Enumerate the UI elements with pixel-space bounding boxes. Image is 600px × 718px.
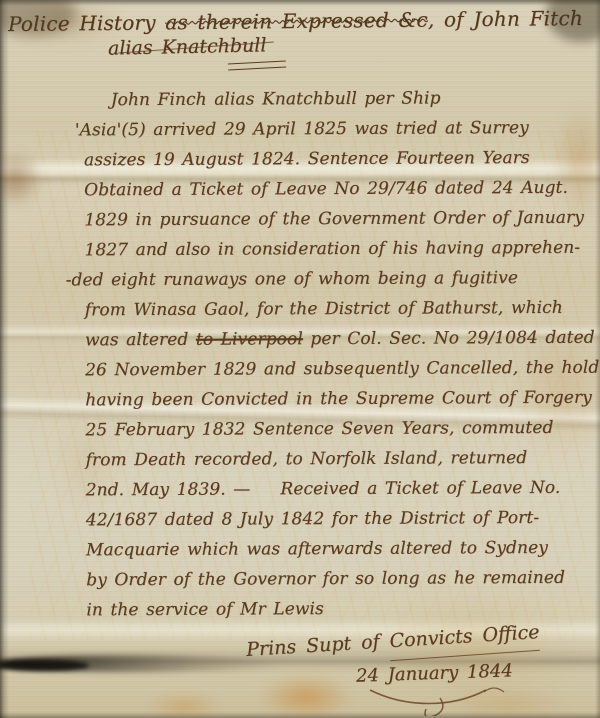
- scan-edge-shadow-top: [0, 0, 600, 6]
- manuscript-line: Obtained a Ticket of Leave No 29/746 dat…: [84, 173, 589, 206]
- struck-text: to Liverpool: [196, 329, 303, 350]
- signature-flourish: [356, 682, 536, 716]
- scanned-document-page: Police History as therein Expressed &c, …: [0, 0, 600, 718]
- manuscript-line-with-strikeout: was altered to Liverpool per Col. Sec. N…: [85, 323, 590, 356]
- manuscript-line: Macquarie which was afterwards altered t…: [86, 533, 591, 566]
- manuscript-body: John Finch alias Knatchbull per Ship 'As…: [84, 83, 592, 626]
- heading-struck-text: as therein Expressed &c: [165, 8, 428, 35]
- manuscript-line: from Winasa Gaol, for the District of Ba…: [85, 293, 590, 326]
- manuscript-line: 26 November 1829 and subsequently Cancel…: [85, 353, 590, 386]
- manuscript-line: -ded eight runaways one of whom being a …: [66, 263, 590, 296]
- line-text: per Col. Sec. No 29/1084 dated: [303, 328, 595, 350]
- line-text: was altered: [85, 330, 196, 351]
- scan-edge-shadow-bottom: [0, 712, 600, 718]
- manuscript-line: in the service of Mr Lewis: [86, 593, 591, 626]
- manuscript-line: 25 February 1832 Sentence Seven Years, c…: [85, 413, 590, 446]
- scan-edge-shadow-left: [0, 0, 9, 718]
- manuscript-line: by Order of the Governor for so long as …: [86, 563, 591, 596]
- manuscript-line: 1829 in pursuance of the Government Orde…: [84, 203, 589, 236]
- manuscript-line: having been Convicted in the Supreme Cou…: [85, 383, 590, 416]
- manuscript-line: 42/1687 dated 8 July 1842 for the Distri…: [86, 503, 591, 536]
- manuscript-line: assizes 19 August 1824. Sentence Fourtee…: [84, 143, 589, 176]
- manuscript-line: 2nd. May 1839. — Received a Ticket of Le…: [86, 473, 591, 506]
- manuscript-line: from Death recorded, to Norfolk Island, …: [85, 443, 590, 476]
- manuscript-line: 1827 and also in consideration of his ha…: [84, 233, 589, 266]
- scan-edge-shadow-right: [595, 0, 600, 718]
- manuscript-line: John Finch alias Knatchbull per Ship: [111, 83, 589, 116]
- manuscript-line: 'Asia'(5) arrived 29 April 1825 was trie…: [75, 113, 589, 146]
